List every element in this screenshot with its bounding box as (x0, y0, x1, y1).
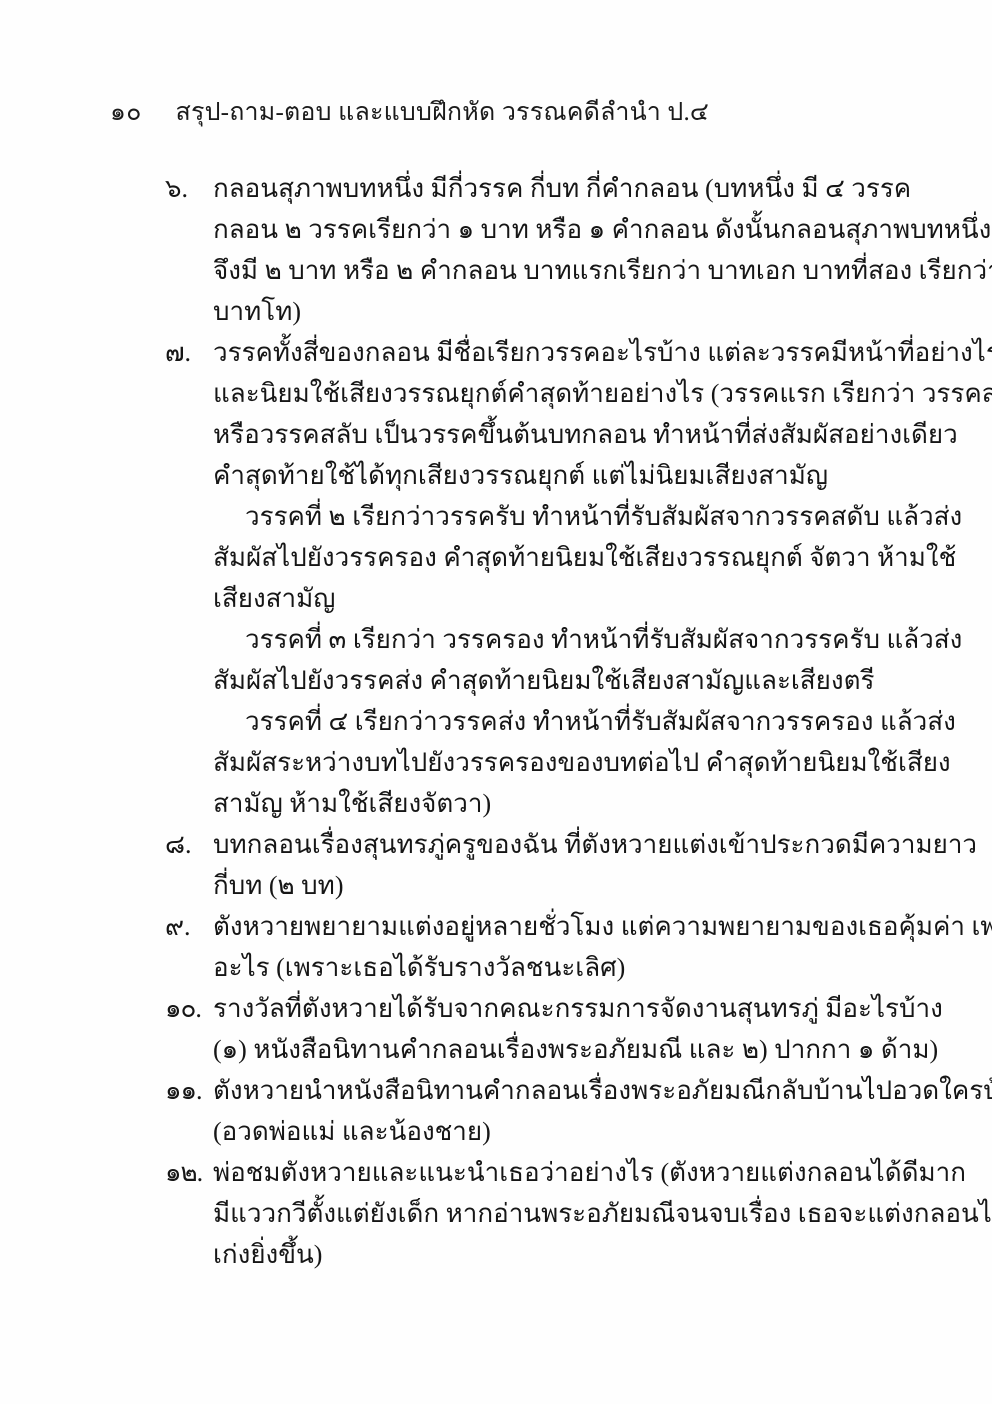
question-item: ๑๒.พ่อชมตังหวายและแนะนำเธอว่าอย่างไร (ตั… (165, 1152, 910, 1275)
text-line: และนิยมใช้เสียงวรรณยุกต์คำสุดท้ายอย่างไร… (213, 373, 910, 414)
text-line: จึงมี ๒ บาท หรือ ๒ คำกลอน บาทแรกเรียกว่า… (213, 250, 910, 291)
question-item: ๙.ตังหวายพยายามแต่งอยู่หลายชั่วโมง แต่คว… (165, 906, 910, 988)
question-number: ๘. (165, 824, 213, 865)
text-line: บาทโท) (213, 291, 910, 332)
question-item: ๑๐.รางวัลที่ตังหวายได้รับจากคณะกรรมการจั… (165, 988, 910, 1070)
text-line: (อวดพ่อแม่ และน้องชาย) (213, 1111, 910, 1152)
text-line: อะไร (เพราะเธอได้รับรางวัลชนะเลิศ) (213, 947, 910, 988)
text-line: วรรคทั้งสี่ของกลอน มีชื่อเรียกวรรคอะไรบ้… (213, 332, 910, 373)
text-line: วรรคที่ ๒ เรียกว่าวรรครับ ทำหน้าที่รับสั… (213, 496, 910, 537)
question-text: กลอนสุภาพบทหนึ่ง มีกี่วรรค กี่บท กี่คำกล… (213, 168, 910, 332)
page-number: ๑๐ (110, 98, 142, 128)
question-number: ๖. (165, 168, 213, 209)
scanned-book-page: ๑๐ สรุป-ถาม-ตอบ และแบบฝึกหัด วรรณคดีลำนำ… (0, 0, 992, 1404)
text-line: ตังหวายพยายามแต่งอยู่หลายชั่วโมง แต่ความ… (213, 906, 910, 947)
question-number: ๑๒. (165, 1152, 213, 1193)
question-number: ๙. (165, 906, 213, 947)
question-text: วรรคทั้งสี่ของกลอน มีชื่อเรียกวรรคอะไรบ้… (213, 332, 910, 824)
question-item: ๗.วรรคทั้งสี่ของกลอน มีชื่อเรียกวรรคอะไร… (165, 332, 910, 824)
text-line: วรรคที่ ๔ เรียกว่าวรรคส่ง ทำหน้าที่รับสั… (213, 701, 910, 742)
text-line: หรือวรรคสลับ เป็นวรรคขึ้นต้นบทกลอน ทำหน้… (213, 414, 910, 455)
page-title: สรุป-ถาม-ตอบ และแบบฝึกหัด วรรณคดีลำนำ ป.… (176, 98, 710, 128)
question-number: ๗. (165, 332, 213, 373)
text-line: เก่งยิ่งขึ้น) (213, 1234, 910, 1275)
text-line: สัมผัสไปยังวรรคส่ง คำสุดท้ายนิยมใช้เสียง… (213, 660, 910, 701)
question-item: ๖.กลอนสุภาพบทหนึ่ง มีกี่วรรค กี่บท กี่คำ… (165, 168, 910, 332)
text-line: สัมผัสไปยังวรรครอง คำสุดท้ายนิยมใช้เสียง… (213, 537, 910, 578)
question-text: พ่อชมตังหวายและแนะนำเธอว่าอย่างไร (ตังหว… (213, 1152, 910, 1275)
text-line: บทกลอนเรื่องสุนทรภู่ครูของฉัน ที่ตังหวาย… (213, 824, 910, 865)
question-text: บทกลอนเรื่องสุนทรภู่ครูของฉัน ที่ตังหวาย… (213, 824, 910, 906)
question-item: ๘.บทกลอนเรื่องสุนทรภู่ครูของฉัน ที่ตังหว… (165, 824, 910, 906)
text-line: ตังหวายนำหนังสือนิทานคำกลอนเรื่องพระอภัย… (213, 1070, 910, 1111)
text-line: รางวัลที่ตังหวายได้รับจากคณะกรรมการจัดงา… (213, 988, 910, 1029)
question-text: ตังหวายพยายามแต่งอยู่หลายชั่วโมง แต่ความ… (213, 906, 910, 988)
question-number: ๑๑. (165, 1070, 213, 1111)
text-line: วรรคที่ ๓ เรียกว่า วรรครอง ทำหน้าที่รับส… (213, 619, 910, 660)
text-line: คำสุดท้ายใช้ได้ทุกเสียงวรรณยุกต์ แต่ไม่น… (213, 455, 910, 496)
text-line: สามัญ ห้ามใช้เสียงจัตวา) (213, 783, 910, 824)
text-line: พ่อชมตังหวายและแนะนำเธอว่าอย่างไร (ตังหว… (213, 1152, 910, 1193)
text-line: เสียงสามัญ (213, 578, 910, 619)
text-line: สัมผัสระหว่างบทไปยังวรรครองของบทต่อไป คำ… (213, 742, 910, 783)
question-text: ตังหวายนำหนังสือนิทานคำกลอนเรื่องพระอภัย… (213, 1070, 910, 1152)
text-line: กลอนสุภาพบทหนึ่ง มีกี่วรรค กี่บท กี่คำกล… (213, 168, 910, 209)
text-line: กี่บท (๒ บท) (213, 865, 910, 906)
question-item: ๑๑.ตังหวายนำหนังสือนิทานคำกลอนเรื่องพระอ… (165, 1070, 910, 1152)
running-head: ๑๐ สรุป-ถาม-ตอบ และแบบฝึกหัด วรรณคดีลำนำ… (110, 98, 709, 128)
text-line: มีแววกวีตั้งแต่ยังเด็ก หากอ่านพระอภัยมณี… (213, 1193, 910, 1234)
question-text: รางวัลที่ตังหวายได้รับจากคณะกรรมการจัดงา… (213, 988, 910, 1070)
text-line: กลอน ๒ วรรคเรียกว่า ๑ บาท หรือ ๑ คำกลอน … (213, 209, 910, 250)
text-line: (๑) หนังสือนิทานคำกลอนเรื่องพระอภัยมณี แ… (213, 1029, 910, 1070)
question-number: ๑๐. (165, 988, 213, 1029)
question-list: ๖.กลอนสุภาพบทหนึ่ง มีกี่วรรค กี่บท กี่คำ… (165, 168, 910, 1275)
